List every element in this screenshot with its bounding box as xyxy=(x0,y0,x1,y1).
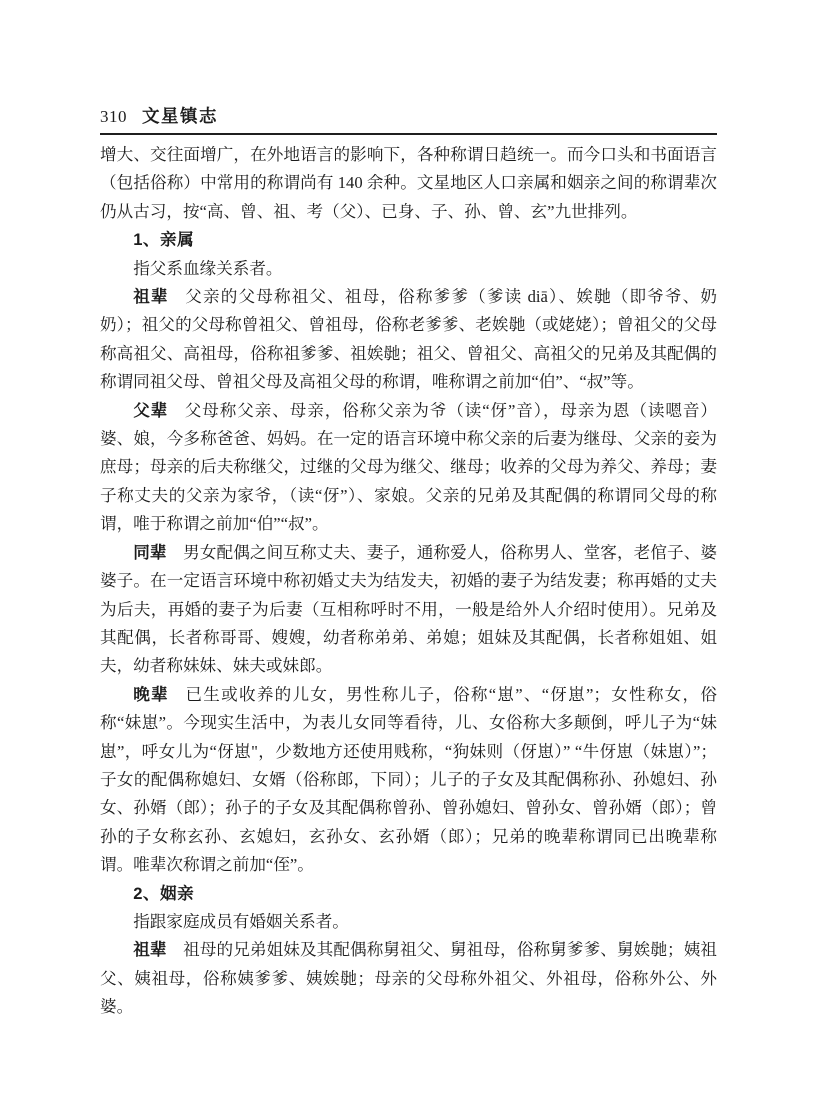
entry-label: 同辈 xyxy=(133,543,166,562)
entry-paragraph-fubei: 父辈父母称父亲、母亲，俗称父亲为爷（读“伢”音），母亲为恩（读嗯音）婆、娘，今多… xyxy=(100,397,717,539)
entry-label: 晚辈 xyxy=(133,685,169,704)
entry-paragraph-wanbei: 晚辈已生或收养的儿女，男性称儿子，俗称“崽”、“伢崽”；女性称女，俗称“妹崽”。… xyxy=(100,681,717,880)
section-1-lead: 指父系血缘关系者。 xyxy=(100,255,717,283)
entry-text: 祖母的兄弟姐妹及其配偶称舅祖父、舅祖母，俗称舅爹爹、舅娭毑；姨祖父、姨祖母，俗称… xyxy=(100,940,717,1016)
entry-label: 祖辈 xyxy=(133,287,168,306)
entry-paragraph-zubei: 祖辈父亲的父母称祖父、祖母，俗称爹爹（爹读 diā）、娭毑（即爷爷、奶奶）；祖父… xyxy=(100,283,717,397)
entry-text: 父亲的父母称祖父、祖母，俗称爹爹（爹读 diā）、娭毑（即爷爷、奶奶）；祖父的父… xyxy=(100,287,717,391)
entry-paragraph-tongbei: 同辈男女配偶之间互称丈夫、妻子，通称爱人，俗称男人、堂客，老倌子、婆婆子。在一定… xyxy=(100,539,717,681)
entry-label: 父辈 xyxy=(133,401,168,420)
section-2-lead: 指跟家庭成员有婚姻关系者。 xyxy=(100,908,717,936)
page-content: 增大、交往面增广，在外地语言的影响下，各种称谓日趋统一。而今口头和书面语言（包括… xyxy=(100,141,717,1022)
section-1-heading: 1、亲属 xyxy=(100,226,717,254)
entry-text: 男女配偶之间互称丈夫、妻子，通称爱人，俗称男人、堂客，老倌子、婆婆子。在一定语言… xyxy=(100,543,717,676)
page-number: 310 xyxy=(100,107,127,126)
book-title: 文星镇志 xyxy=(142,106,218,126)
entry-text: 父母称父亲、母亲，俗称父亲为爷（读“伢”音），母亲为恩（读嗯音）婆、娘，今多称爸… xyxy=(100,401,717,534)
intro-paragraph: 增大、交往面增广，在外地语言的影响下，各种称谓日趋统一。而今口头和书面语言（包括… xyxy=(100,141,717,226)
page-header: 310文星镇志 xyxy=(100,103,717,135)
entry-text: 已生或收养的儿女，男性称儿子，俗称“崽”、“伢崽”；女性称女，俗称“妹崽”。今现… xyxy=(100,685,717,874)
section-2-heading: 2、姻亲 xyxy=(100,880,717,908)
entry-label: 祖辈 xyxy=(133,940,166,959)
entry-paragraph-zubei-yinqin: 祖辈祖母的兄弟姐妹及其配偶称舅祖父、舅祖母，俗称舅爹爹、舅娭毑；姨祖父、姨祖母，… xyxy=(100,936,717,1021)
book-page: 310文星镇志 增大、交往面增广，在外地语言的影响下，各种称谓日趋统一。而今口头… xyxy=(0,0,816,1099)
